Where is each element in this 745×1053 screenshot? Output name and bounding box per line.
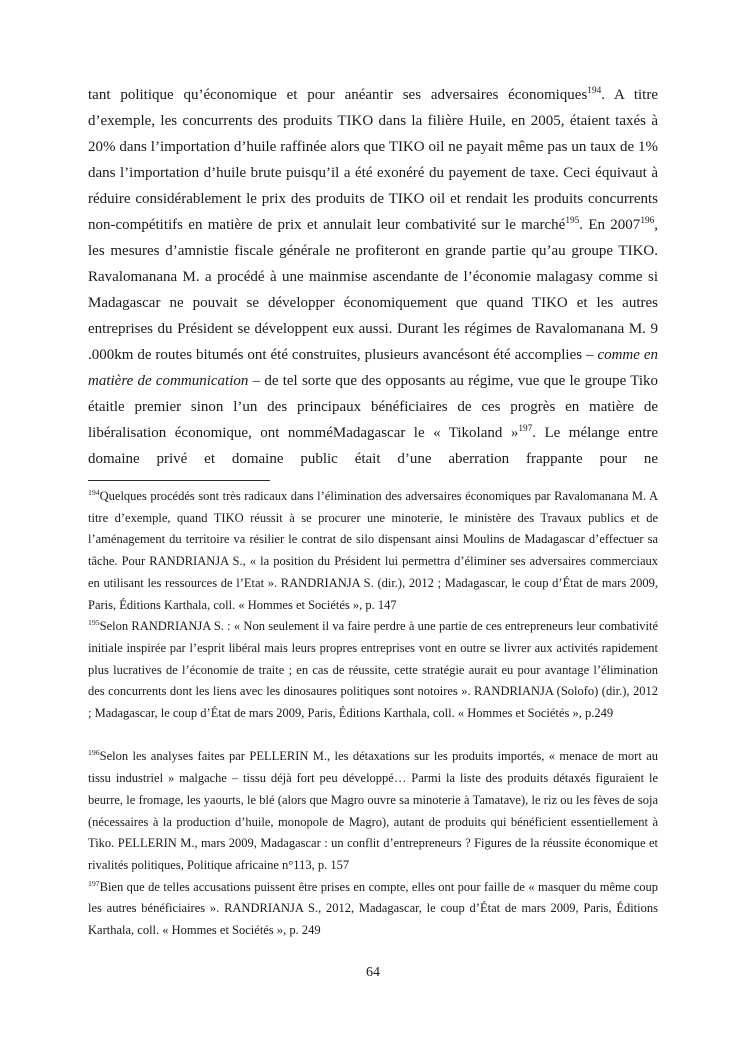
body-text-run: tant politique qu’économique et pour ané… <box>88 87 587 103</box>
footnote-reference: 194 <box>587 86 601 96</box>
body-text-run: . En 2007 <box>579 217 640 233</box>
footnote-text: Quelques procédés sont très radicaux dan… <box>88 489 658 612</box>
body-text-run: , les mesures d’amnistie fiscale général… <box>88 217 658 363</box>
footnote-text: Selon RANDRIANJA S. : « Non seulement il… <box>88 619 658 720</box>
body-paragraph: tant politique qu’économique et pour ané… <box>88 82 658 472</box>
document-page: tant politique qu’économique et pour ané… <box>0 0 745 1053</box>
footnote-reference: 195 <box>565 216 579 226</box>
page-content: tant politique qu’économique et pour ané… <box>88 0 658 1053</box>
footnote-197: 197Bien que de telles accusations puisse… <box>88 877 658 942</box>
footnote-marker: 196 <box>88 748 100 757</box>
page-number: 64 <box>88 965 658 981</box>
footnote-text: Bien que de telles accusations puissent … <box>88 880 658 937</box>
footnote-reference: 196 <box>640 216 654 226</box>
body-text-run: . A titre d’exemple, les concurrents des… <box>88 87 658 233</box>
footnote-196: 196Selon les analyses faites par PELLERI… <box>88 746 658 876</box>
footnote-194: 194Quelques procédés sont très radicaux … <box>88 486 658 616</box>
footnote-area: 194Quelques procédés sont très radicaux … <box>88 480 658 942</box>
footnote-195: 195Selon RANDRIANJA S. : « Non seulement… <box>88 616 658 725</box>
footnote-separator <box>88 480 270 481</box>
footnotes-section: 194Quelques procédés sont très radicaux … <box>88 486 658 942</box>
footnote-reference: 197 <box>518 424 532 434</box>
footnote-marker: 194 <box>88 488 100 497</box>
footnote-text: Selon les analyses faites par PELLERIN M… <box>88 749 658 872</box>
footnote-marker: 197 <box>88 878 100 887</box>
footnote-marker: 195 <box>88 618 100 627</box>
